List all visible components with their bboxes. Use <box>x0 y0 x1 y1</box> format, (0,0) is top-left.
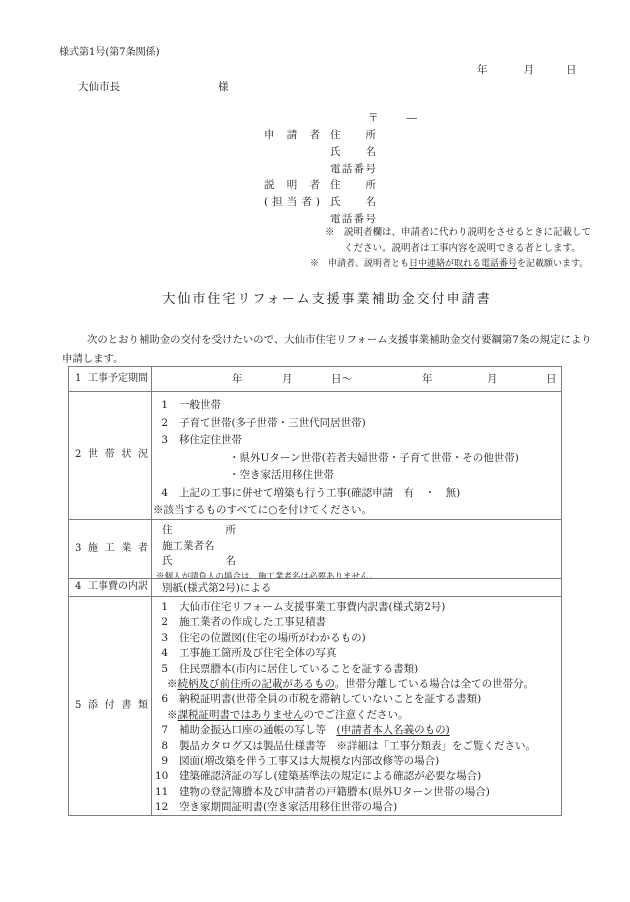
line-text: 製品カタログ又は製品仕様書等 ※詳細は「工事分類表」をご覧ください。 <box>179 739 536 754</box>
text-segment: ※ 説明者欄は、申請者に代わり説明をさせるときに記載して <box>325 227 591 238</box>
line-text: 施工業者の作成した工事見積書 <box>179 615 326 630</box>
attachment-line: 2施工業者の作成した工事見積書 <box>152 615 561 630</box>
party-row: 氏名 <box>264 146 376 163</box>
line-number: 4 <box>155 646 168 661</box>
line-number: 2 <box>155 415 168 433</box>
field-label: 氏名 <box>162 554 236 570</box>
row-label-text: 工事費の内訳 <box>88 581 148 594</box>
party-role-label: 申請者 <box>264 129 320 146</box>
underlined-text: 日中連絡が取れる電話番号 <box>409 259 517 269</box>
row-label-text: 施工業者 <box>88 543 148 556</box>
party-note-line: ※ 説明者欄は、申請者に代わり説明をさせるときに記載して <box>325 227 591 243</box>
period-label: 日～ <box>331 367 352 391</box>
attachments-cell: 1大仙市住宅リフォーム支援事業工事費内訳書(様式第2号)2施工業者の作成した工事… <box>152 597 561 815</box>
household-line: ※該当するものすべてに○を付けてください。 <box>152 502 561 519</box>
household-line: 2子育て世帯(多子世帯・三世代同居世帯) <box>152 415 561 433</box>
table-row-attachments: 5 添付書類 1大仙市住宅リフォーム支援事業工事費内訳書(様式第2号)2施工業者… <box>69 596 561 815</box>
application-table: 1 工事予定期間 年月日～年月日 2 世帯状況 1一般世帯2子育て世帯(多子世帯… <box>68 366 562 816</box>
contractor-field: 住所 <box>162 523 561 539</box>
line-number: 9 <box>155 754 168 769</box>
line-number: 1 <box>155 600 168 615</box>
attachment-line: 6納税証明書(世帯全員の市税を滞納していないことを証する書類) <box>152 692 561 707</box>
attachment-line: 11建物の登記簿謄本及び申請者の戸籍謄本(県外Uターン世帯の場合) <box>152 785 561 800</box>
addressee-name: 大仙市長 <box>78 81 120 94</box>
party-field-label: 氏名 <box>330 196 376 213</box>
text-segment: 住宅の位置図(住宅の場所がわかるもの) <box>179 632 366 644</box>
party-note-line: ください。説明者は工事内容を説明できる者とします。 <box>325 243 591 259</box>
attachment-line: 4工事施工箇所及び住宅全体の写真 <box>152 646 561 661</box>
text-segment: 大仙市住宅リフォーム支援事業工事費内訳書(様式第2号) <box>179 601 445 613</box>
line-number: 3 <box>155 432 168 450</box>
text-segment: 施工業者の作成した工事見積書 <box>179 616 326 628</box>
party-field-label: 氏名 <box>330 146 376 163</box>
line-text: 大仙市住宅リフォーム支援事業工事費内訳書(様式第2号) <box>179 600 445 615</box>
underlined-text: (申請者本人名義のもの) <box>337 724 450 736</box>
line-text: 上記の工事に併せて増築も行う工事(確認申請 有 ・ 無) <box>179 485 460 503</box>
date-day-label: 日 <box>566 64 577 77</box>
table-row-household: 2 世帯状況 1一般世帯2子育て世帯(多子世帯・三世代同居世帯)3移住定住世帯・… <box>69 391 561 519</box>
text-segment: 建物の登記簿謄本及び申請者の戸籍謄本(県外Uターン世帯の場合) <box>179 786 490 798</box>
parties-block: 申請者住所氏名電話番号説明者住所(担当者)氏名電話番号 <box>264 129 376 230</box>
attachment-line: 8製品カタログ又は製品仕様書等 ※詳細は「工事分類表」をご覧ください。 <box>152 739 561 754</box>
attachment-line: 12空き家期間証明書(空き家活用移住世帯の場合) <box>152 800 561 815</box>
row-label: 4 工事費の内訳 <box>69 579 152 596</box>
text-segment: のでご注意ください。 <box>304 709 409 721</box>
intro-line: 次のとおり補助金の交付を受けたいので、大仙市住宅リフォーム支援事業補助金交付要綱… <box>62 331 582 350</box>
household-line: 4上記の工事に併せて増築も行う工事(確認申請 有 ・ 無) <box>152 485 561 503</box>
household-cell: 1一般世帯2子育て世帯(多子世帯・三世代同居世帯)3移住定住世帯・県外Uターン世… <box>152 392 561 519</box>
party-role-label <box>264 163 320 180</box>
intro-paragraph: 次のとおり補助金の交付を受けたいので、大仙市住宅リフォーム支援事業補助金交付要綱… <box>62 331 582 369</box>
text-segment: ※ <box>167 709 178 721</box>
line-text: 住民票謄本(市内に居住していることを証する書類) <box>179 662 418 677</box>
line-text: 空き家期間証明書(空き家活用移住世帯の場合) <box>179 800 397 815</box>
row-number: 2 <box>75 449 88 462</box>
line-number: 4 <box>155 485 168 503</box>
row-label: 5 添付書類 <box>69 597 152 815</box>
row-number: 1 <box>75 373 88 386</box>
period-label: 月 <box>282 367 293 391</box>
party-row: 申請者住所 <box>264 129 376 146</box>
period-label: 日 <box>546 367 557 391</box>
party-field-label: 住所 <box>330 129 376 146</box>
postal-code-line: 〒 ― <box>368 112 417 125</box>
field-label: 住所 <box>162 523 236 539</box>
line-text: 住宅の位置図(住宅の場所がわかるもの) <box>179 631 366 646</box>
period-cell: 年月日～年月日 <box>152 367 561 391</box>
text-segment: 。世帯分離している場合は全ての世帯分。 <box>335 678 535 690</box>
addressee-honorific: 様 <box>218 81 229 94</box>
household-line: ・県外Uターン世帯(若者夫婦世帯・子育て世帯・その他世帯) <box>152 450 561 468</box>
party-role-label: (担当者) <box>264 196 320 213</box>
party-role-label <box>264 146 320 163</box>
contractor-field: 氏名 <box>162 554 561 570</box>
line-number: 8 <box>155 739 168 754</box>
text-segment: 工事施工箇所及び住宅全体の写真 <box>179 647 337 659</box>
cost-breakdown-cell: 別紙(様式第2号)による <box>152 579 561 596</box>
text-segment: 建築確認済証の写し(建築基準法の規定による確認が必要な場合) <box>179 770 481 782</box>
party-notes: ※ 説明者欄は、申請者に代わり説明をさせるときに記載してください。説明者は工事内… <box>325 227 591 275</box>
postal-separator: ― <box>407 112 418 125</box>
period-label: 月 <box>487 367 498 391</box>
party-row: 説明者住所 <box>264 179 376 196</box>
row-label-text: 世帯状況 <box>88 449 148 462</box>
text-segment: ※ 申請者、説明者とも <box>310 259 409 269</box>
contractor-cell: 住所施工業者名氏名※個人が請負人の場合は、施工業者名は必要ありません。 <box>152 520 561 578</box>
line-number: 2 <box>155 615 168 630</box>
attachment-line: ※課税証明書ではありませんのでご注意ください。 <box>152 708 561 723</box>
row-number: 4 <box>75 581 88 594</box>
line-text: 工事施工箇所及び住宅全体の写真 <box>179 646 337 661</box>
period-label: 年 <box>232 367 243 391</box>
underlined-text: 課税証明書ではありません <box>178 709 304 721</box>
line-number: 5 <box>155 662 168 677</box>
text-segment: を記載願います。 <box>517 259 588 269</box>
table-row-cost: 4 工事費の内訳 別紙(様式第2号)による <box>69 578 561 596</box>
row-label: 3 施工業者 <box>69 520 152 578</box>
date-line: 年 月 日 <box>477 64 577 77</box>
row-label-text: 添付書類 <box>88 700 148 713</box>
text-segment: 納税証明書(世帯全員の市税を滞納していないことを証する書類) <box>179 693 481 705</box>
date-month-label: 月 <box>524 64 535 77</box>
table-row-contractor: 3 施工業者 住所施工業者名氏名※個人が請負人の場合は、施工業者名は必要ありませ… <box>69 519 561 578</box>
attachment-line: 7補助金振込口座の通帳の写し等 (申請者本人名義のもの) <box>152 723 561 738</box>
household-line: 1一般世帯 <box>152 397 561 415</box>
row-label: 2 世帯状況 <box>69 392 152 519</box>
text-segment: 住民票謄本(市内に居住していることを証する書類) <box>179 663 418 675</box>
line-number: 10 <box>155 769 168 784</box>
line-text: 建物の登記簿謄本及び申請者の戸籍謄本(県外Uターン世帯の場合) <box>179 785 490 800</box>
form-number: 様式第1号(第7条関係) <box>59 47 160 60</box>
attachment-line: 10建築確認済証の写し(建築基準法の規定による確認が必要な場合) <box>152 769 561 784</box>
postal-mark: 〒 <box>368 112 379 125</box>
row-label-text: 工事予定期間 <box>88 373 148 386</box>
household-line: ・空き家活用移住世帯 <box>152 467 561 485</box>
attachment-line: 9図面(増改築を伴う工事又は大規模な内部改修等の場合) <box>152 754 561 769</box>
field-label: 施工業者名 <box>162 540 215 552</box>
contractor-field: 施工業者名 <box>162 539 561 555</box>
line-number: 1 <box>155 397 168 415</box>
line-text: 図面(増改築を伴う工事又は大規模な内部改修等の場合) <box>179 754 439 769</box>
line-number: 12 <box>155 800 168 815</box>
attachment-line: 3住宅の位置図(住宅の場所がわかるもの) <box>152 631 561 646</box>
period-label: 年 <box>422 367 433 391</box>
table-row-period: 1 工事予定期間 年月日～年月日 <box>69 367 561 391</box>
party-note-line: ※ 申請者、説明者とも日中連絡が取れる電話番号を記載願います。 <box>310 259 591 275</box>
line-number: 6 <box>155 692 168 707</box>
attachment-line: 1大仙市住宅リフォーム支援事業工事費内訳書(様式第2号) <box>152 600 561 615</box>
party-row: (担当者)氏名 <box>264 196 376 213</box>
line-text: 移住定住世帯 <box>179 432 242 450</box>
party-role-label <box>264 213 320 230</box>
line-number: 3 <box>155 631 168 646</box>
attachment-line: 5住民票謄本(市内に居住していることを証する書類) <box>152 662 561 677</box>
text-segment: 製品カタログ又は製品仕様書等 ※詳細は「工事分類表」をご覧ください。 <box>179 740 536 752</box>
date-year-label: 年 <box>477 64 488 77</box>
line-number: 7 <box>155 723 168 738</box>
line-text: 子育て世帯(多子世帯・三世代同居世帯) <box>179 415 366 433</box>
party-row: 電話番号 <box>264 163 376 180</box>
text-segment: ※ <box>167 678 178 690</box>
attachment-line: ※続柄及び前住所の記載があるもの。世帯分離している場合は全ての世帯分。 <box>152 677 561 692</box>
addressee-line: 大仙市長 様 <box>78 81 229 94</box>
line-text: 一般世帯 <box>179 397 221 415</box>
household-line: 3移住定住世帯 <box>152 432 561 450</box>
page-title: 大仙市住宅リフォーム支援事業補助金交付申請書 <box>12 292 630 308</box>
line-text: 建築確認済証の写し(建築基準法の規定による確認が必要な場合) <box>179 769 481 784</box>
line-number: 11 <box>155 785 168 800</box>
underlined-text: 続柄及び前住所の記載があるもの <box>178 678 335 690</box>
party-field-label: 電話番号 <box>330 163 376 180</box>
row-label: 1 工事予定期間 <box>69 367 152 391</box>
contractor-note: ※個人が請負人の場合は、施工業者名は必要ありません。 <box>156 572 561 579</box>
text-segment: 補助金振込口座の通帳の写し等 <box>179 724 337 736</box>
text-segment: 空き家期間証明書(空き家活用移住世帯の場合) <box>179 801 397 813</box>
text-segment: ください。説明者は工事内容を説明できる者とします。 <box>344 243 581 254</box>
party-field-label: 住所 <box>330 179 376 196</box>
row-number: 3 <box>75 543 88 556</box>
party-role-label: 説明者 <box>264 179 320 196</box>
line-text: 納税証明書(世帯全員の市税を滞納していないことを証する書類) <box>179 692 481 707</box>
row-number: 5 <box>75 700 88 713</box>
text-segment: 図面(増改築を伴う工事又は大規模な内部改修等の場合) <box>179 755 439 767</box>
application-form-page: { "document": { "form_number": "様式第1号(第7… <box>0 0 630 902</box>
line-text: 補助金振込口座の通帳の写し等 (申請者本人名義のもの) <box>179 723 450 738</box>
